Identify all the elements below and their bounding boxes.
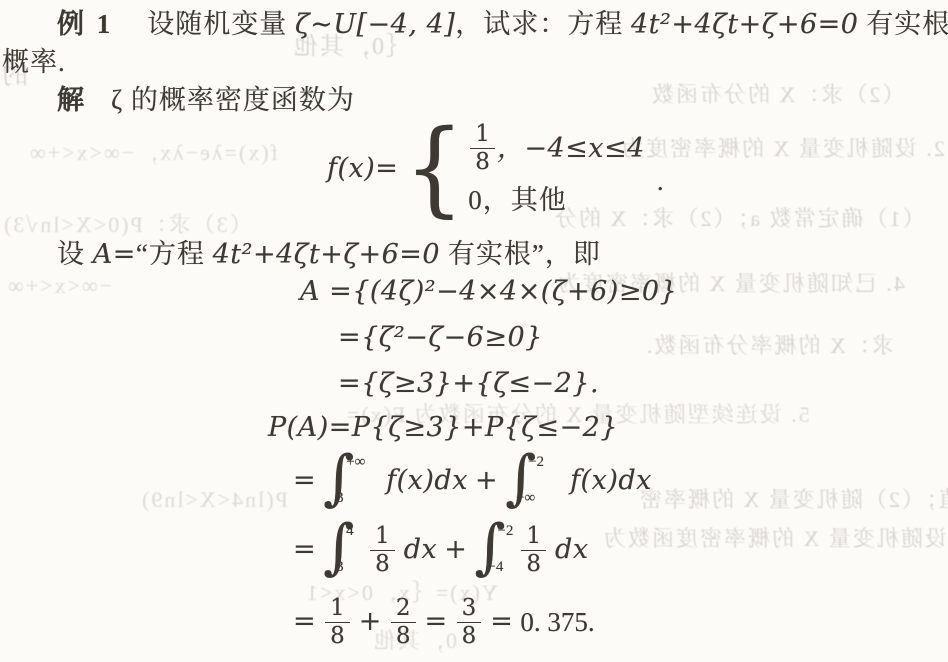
equals-sign: =: [490, 606, 513, 638]
case-row: 0，其他: [468, 184, 645, 216]
integrand: dx: [555, 534, 589, 566]
fraction: 18: [470, 122, 495, 175]
result-line: = 18 + 28 = 38 = 0. 375.: [293, 590, 595, 654]
fraction-denominator: 8: [526, 551, 541, 577]
result-value: 0. 375.: [520, 606, 594, 638]
integral-line-1: = ∫ +∞ 3 f(x)dx + ∫ −2 −∞ f(x)dx: [293, 450, 652, 512]
bleed-through-text: P(ln4<X<ln9): [140, 487, 288, 513]
derivation-line-3: ={ζ≥3}+{ζ≤−2}.: [338, 368, 599, 400]
bleed-through-text: f(x)=λe−λx，−∞<x<+∞: [28, 136, 278, 167]
fraction-numerator: 3: [457, 596, 482, 623]
statement-text: ，试求：方程: [455, 9, 631, 39]
integral-upper-limit: −2: [528, 446, 544, 478]
fraction-numerator: 1: [470, 122, 495, 149]
integral-upper-limit: −2: [497, 515, 513, 547]
fraction: 18: [370, 524, 395, 577]
fraction-numerator: 1: [325, 596, 350, 623]
integral-sign: ∫ 4 3: [323, 520, 361, 580]
fraction-denominator: 8: [475, 149, 490, 175]
derivation-line-1: A ={(4ζ)²−4×4×(ζ+6)≥0}: [300, 276, 677, 308]
plus-sign: +: [475, 465, 498, 497]
example-label: 例 1: [57, 9, 113, 39]
integral-sign: ∫ −2 −4: [474, 520, 512, 580]
fraction-denominator: 8: [375, 551, 390, 577]
equals-sign: =: [293, 465, 316, 497]
fraction-denominator: 8: [330, 623, 345, 649]
textbook-page: ｛0，其他 （2）求：X 的分布函数 2. 设随机变量 X 的概率密度为 f(x…: [0, 0, 948, 662]
equals-sign: =: [425, 606, 448, 638]
density-lhs: f(x)=: [327, 153, 398, 185]
fraction-numerator: 1: [521, 524, 546, 551]
integrand: dx: [404, 534, 438, 566]
density-function-equation: f(x)= { 18 ，−4≤x≤4 0，其他 .: [327, 122, 664, 216]
bleed-through-text: （3）求：P(0<X<ln√3): [2, 208, 252, 239]
example-statement-line2: 概率.: [2, 46, 66, 78]
fraction-numerator: 1: [370, 524, 395, 551]
solution-intro-line: 解ζ 的概率密度函数为: [57, 84, 355, 116]
integral-upper-limit: +∞: [346, 446, 365, 478]
integral-lower-limit: −4: [487, 551, 503, 583]
integral-lower-limit: −∞: [516, 482, 535, 514]
fraction: 18: [325, 596, 350, 649]
statement-text: 有实根的: [858, 9, 948, 39]
equals-sign: =: [293, 534, 316, 566]
plus-sign: +: [359, 606, 382, 638]
fraction: 38: [457, 596, 482, 649]
integrand: f(x)dx: [386, 465, 468, 497]
integral-lower-limit: 3: [336, 551, 344, 583]
fraction: 28: [391, 596, 416, 649]
event-quote-close: 有实根”，即: [440, 239, 601, 269]
derivation-line-2: ={ζ²−ζ−6≥0}: [338, 322, 543, 354]
integral-sign: ∫ −2 −∞: [505, 451, 563, 511]
plus-sign: +: [444, 534, 467, 566]
solution-intro-text: ζ 的概率密度函数为: [111, 85, 355, 115]
equals-sign: =: [293, 606, 316, 638]
case-row: 18 ，−4≤x≤4: [468, 122, 645, 175]
example-statement-line1: 例 1设随机变量 ζ~U[−4, 4]，试求：方程 4t²+4ζt+ζ+6=0 …: [57, 8, 948, 41]
bleed-through-text: −∞<x<+∞: [6, 273, 112, 299]
bleed-through-text: B 的值；（2）随机变量 X 的概率密: [638, 483, 948, 514]
integral-upper-limit: 4: [346, 515, 354, 547]
integrand: f(x)dx: [570, 465, 652, 497]
piecewise-cases: 18 ，−4≤x≤4 0，其他: [468, 122, 645, 216]
event-pre: 设: [57, 239, 93, 269]
bleed-through-text: 2. 设随机变量 X 的概率密度为: [620, 132, 945, 163]
bleed-through-text: （2）求：X 的分布函数: [650, 78, 904, 109]
solution-label: 解: [57, 85, 87, 115]
fraction-denominator: 8: [396, 623, 411, 649]
event-lhs: A=: [93, 239, 136, 270]
integral-line-2: = ∫ 4 3 18 dx + ∫ −2 −4 18 dx: [293, 518, 589, 582]
quadratic-equation: 4t²+4ζt+ζ+6=0: [213, 239, 441, 270]
event-definition-line: 设 A=“方程 4t²+4ζt+ζ+6=0 有实根”，即: [57, 238, 601, 271]
fraction: 18: [521, 524, 546, 577]
bleed-through-text: 6. 设随机变量 X 的概率密度函数为: [602, 522, 948, 553]
integral-sign: ∫ +∞ 3: [323, 451, 379, 511]
distribution-formula: ζ~U[−4, 4]: [295, 9, 455, 40]
piecewise-brace: {: [404, 122, 464, 217]
case-condition: ，−4≤x≤4: [497, 133, 645, 165]
event-quote-open: “方程: [136, 239, 213, 269]
statement-text: 设随机变量: [147, 9, 295, 39]
fraction-numerator: 2: [391, 596, 416, 623]
sentence-period: .: [657, 165, 664, 197]
quadratic-equation: 4t²+4ζt+ζ+6=0: [631, 9, 859, 40]
fraction-denominator: 8: [462, 623, 477, 649]
bleed-through-text: 求：X 的概率分布函数.: [645, 329, 894, 360]
probability-expansion-line: P(A)=P{ζ≥3}+P{ζ≤−2}: [268, 412, 618, 444]
integral-lower-limit: 3: [336, 482, 344, 514]
